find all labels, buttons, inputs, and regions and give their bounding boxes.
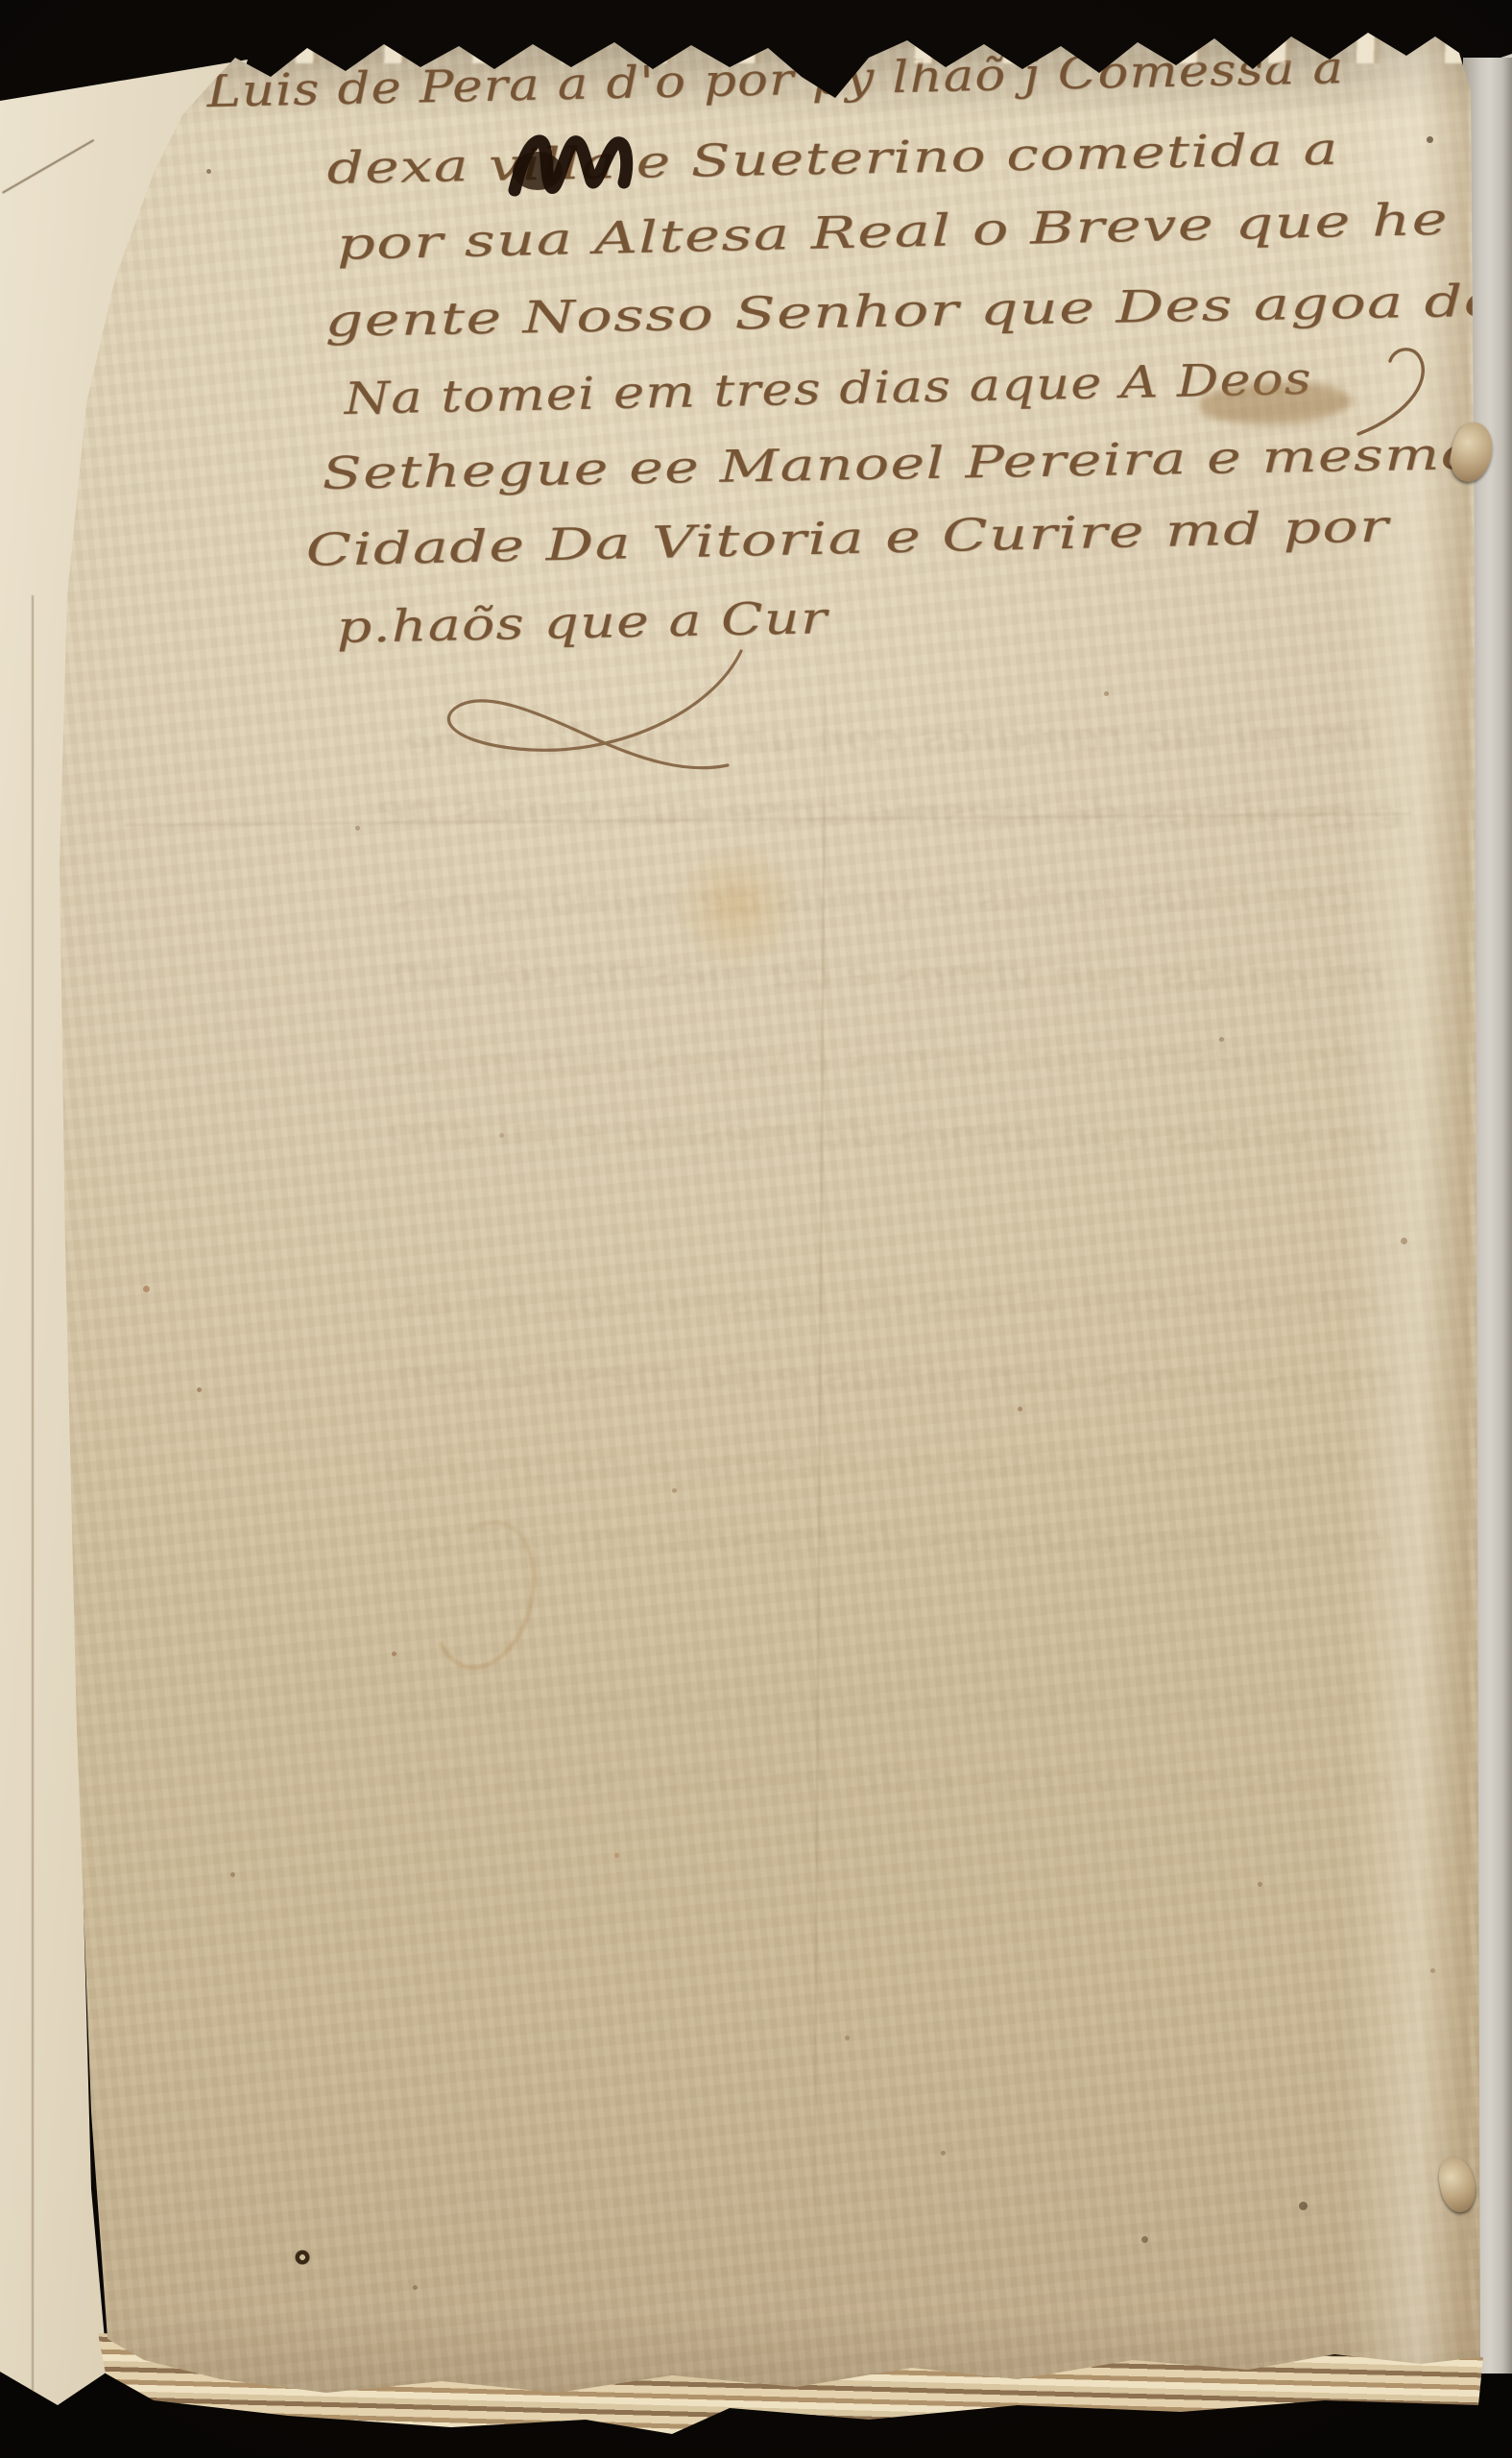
ink-marks-svg — [0, 0, 1512, 2458]
wormhole-speck — [294, 2249, 311, 2266]
line8-flourish — [448, 651, 741, 768]
under-folio-crease — [32, 595, 34, 2391]
manuscript-page: Luis de Pera a d'o por py lhaõ j Comessa… — [0, 0, 1512, 2458]
photo-backdrop: Luis de Pera a d'o por py lhaõ j Comessa… — [0, 0, 1512, 2458]
paper-specks — [0, 0, 5, 5]
foxing-stain — [672, 840, 802, 970]
line5-flourish — [1358, 349, 1423, 434]
